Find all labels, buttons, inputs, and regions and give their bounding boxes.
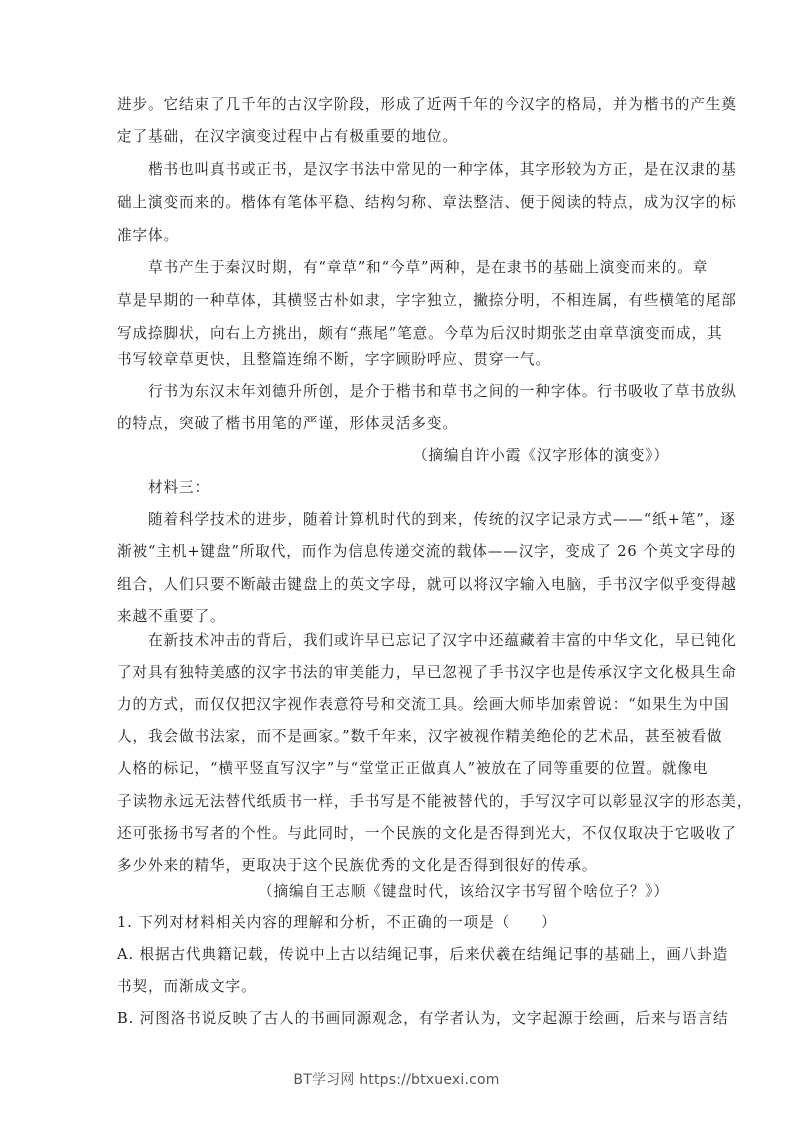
question-stem: 1. 下列对材料相关内容的理解和分析，不正确的一项是（ ） xyxy=(117,913,557,933)
paragraph-line: 人格的标记，“横平竖直写汉字”与“堂堂正正做真人”被放在了同等重要的位置。就像电 xyxy=(117,759,708,779)
paragraph-line: 人，我会做书法家，而不是画家。”数千年来，汉字被视作精美绝伦的艺术品，甚至被看做 xyxy=(117,727,722,747)
option-a-line: 书契，而渐成文字。 xyxy=(117,977,256,997)
footer-watermark: BT学习网 https://btxuexi.com xyxy=(0,1069,793,1089)
paragraph-line: 草是早期的一种草体，其横竖古朴如隶，字字独立，撇捺分明，不相连属，有些横笔的尾部 xyxy=(117,291,737,311)
paragraph-line: 楷书也叫真书或正书，是汉字书法中常见的一种字体，其字形较为方正，是在汉隶的基 xyxy=(148,160,737,180)
paragraph-line: 渐被“主机+键盘”所取代，而作为信息传递交流的载体——汉字，变成了 26 个英文… xyxy=(117,542,736,562)
paragraph-line: 草书产生于秦汉时期，有“章草”和“今草”两种，是在隶书的基础上演变而来的。章 xyxy=(148,258,708,278)
paragraph-line: 了对具有独特美感的汉字书法的审美能力，早已忽视了手书汉字也是传承汉字文化极具生命 xyxy=(117,663,737,683)
paragraph-line: 础上演变而来的。楷体有笔体平稳、结构匀称、章法整洁、便于阅读的特点，成为汉字的标 xyxy=(117,193,737,213)
source-citation: （摘编自许小霞《汉字形体的演变》） xyxy=(413,446,669,466)
paragraph-line: 多少外来的精华，更取决于这个民族优秀的文化是否得到很好的传承。 xyxy=(117,856,597,876)
paragraph-line: 准字体。 xyxy=(117,226,179,246)
source-citation: （摘编自王志顺《键盘时代，该给汉字书写留个啥位子？》） xyxy=(258,882,669,902)
paragraph-line: 定了基础，在汉字演变过程中占有极重要的地位。 xyxy=(117,127,458,147)
paragraph-line: 还可张扬书写者的个性。与此同时，一个民族的文化是否得到光大，不仅仅取决于它吸收了 xyxy=(117,824,737,844)
paragraph-line: 在新技术冲击的背后，我们或许早已忘记了汉字中还蕴藏着丰富的中华文化，早已钝化 xyxy=(148,631,737,651)
paragraph-line: 写成捺脚状，向右上方挑出，颇有“燕尾”笔意。今草为后汉时期张芝由章草演变而成，其 xyxy=(117,324,723,344)
section-heading: 材料三： xyxy=(148,478,210,498)
paragraph-line: 书写较章草更快，且整篇连绵不断，字字顾盼呼应、贯穿一气。 xyxy=(117,350,551,370)
paragraph-line: 来越不重要了。 xyxy=(117,607,225,627)
option-a-line: A. 根据古代典籍记载，传说中上古以结绳记事，后来伏羲在结绳记事的基础上，画八卦… xyxy=(117,945,728,965)
paragraph-line: 组合，人们只要不断敲击键盘上的英文字母，就可以将汉字输入电脑，手书汉字似乎变得越 xyxy=(117,575,737,595)
paragraph-line: 力的方式，而仅仅把汉字视作表意符号和交流工具。绘画大师毕加索曾说：“如果生为中国 xyxy=(117,695,730,715)
paragraph-line: 进步。它结束了几千年的古汉字阶段，形成了近两千年的今汉字的格局，并为楷书的产生奠 xyxy=(117,95,737,115)
paragraph-line: 子读物永远无法替代纸质书一样，手书写是不能被替代的，手写汉字可以彰显汉字的形态美… xyxy=(117,792,752,812)
paragraph-line: 随着科学技术的进步，随着计算机时代的到来，传统的汉字记录方式——“纸+笔”，逐 xyxy=(148,510,736,530)
option-b-line: B. 河图洛书说反映了古人的书画同源观念，有学者认为，文字起源于绘画，后来与语言… xyxy=(117,1009,728,1029)
paragraph-line: 行书为东汉末年刘德升所创，是介于楷书和草书之间的一种字体。行书吸收了草书放纵 xyxy=(148,382,737,402)
paragraph-line: 的特点，突破了楷书用笔的严谨，形体灵活多变。 xyxy=(117,414,458,434)
